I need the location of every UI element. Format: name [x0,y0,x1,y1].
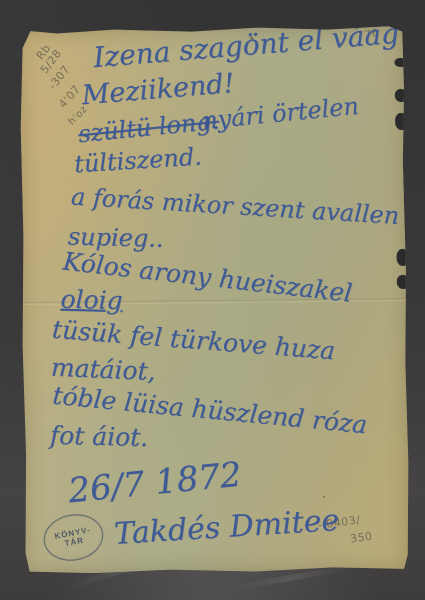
pencil-annotation: 350 [349,531,373,545]
manuscript-line: Meziikend! [81,70,236,109]
handwriting-layer: Izena szagönt el váagMeziikend!szültü lo… [18,25,404,29]
manuscript-line: Izena szagönt el váag [92,20,400,72]
torn-edge-notch [395,89,408,102]
pencil-annotations-layer: Rb5/28-3074'07h'oz76- 0403/350 [18,25,404,29]
manuscript-line: tültiszend. [73,144,202,176]
manuscript-line: a forás mikor szent avallen [70,184,399,227]
manuscript-line-date: 26/7 1872 [67,458,243,509]
manuscript-line: matáiot, [51,355,157,384]
manuscript-line: oloig [60,287,123,314]
torn-edge-notch [396,249,409,266]
manuscript-line: fot áiot. [50,423,149,450]
torn-edge-notch [397,275,410,289]
torn-edge-notch [395,113,408,130]
torn-edge-notch [394,58,407,67]
manuscript-page: Rb5/28-3074'07h'oz76- 0403/350 Izena sza… [18,25,410,575]
manuscript-line-signature: Takdés Dmitee [113,506,340,550]
paper-speck [250,37,253,40]
manuscript-line: szültü long. [77,109,220,147]
paper-speck [323,496,325,498]
scan-background: Rb5/28-3074'07h'oz76- 0403/350 Izena sza… [0,0,425,600]
library-stamp: KÖNYV- TÁR [40,509,107,565]
stamp-text-bottom: TÁR [64,536,85,549]
manuscript-line: supieg.. [68,225,164,251]
